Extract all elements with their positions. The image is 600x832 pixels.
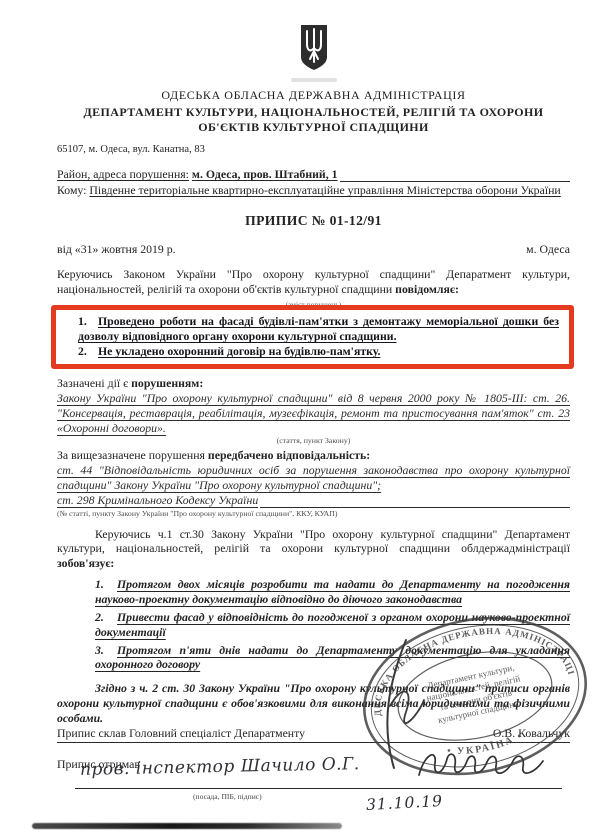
department-line2: ОБ'ЄКТІВ КУЛЬТУРНОЇ СПАДЩИНИ <box>57 120 570 135</box>
obligation-text: Керуючись ч.1 ст.30 Закону України "Про … <box>57 527 570 556</box>
liability-reference-2: ст. 298 Кримінального Кодексу України <box>57 493 258 508</box>
department-address: 65107, м. Одеса, вул. Канатна, 83 <box>57 143 570 156</box>
emblem <box>57 24 570 82</box>
document-page: ОДЕСЬКА ОБЛАСНА ДЕРЖАВНА АДМІНІСТРАЦІЯ Д… <box>0 0 600 832</box>
addressee-value: Південне територіальне квартирно-експлуа… <box>89 183 560 197</box>
liability-reference-2-line: ст. 298 Кримінального Кодексу України <box>57 493 570 508</box>
obligation-item-text: Протягом двох місяців розробити та надат… <box>95 577 570 606</box>
violation-item: Проведено роботи на фасаді будівлі-пам'я… <box>78 314 559 344</box>
obligation-bold: зобов'язує: <box>57 556 114 570</box>
intro-text: Керуючись Законом України "Про охорону к… <box>57 267 570 296</box>
violations-highlight-box: Проведено роботи на фасаді будівлі-пам'я… <box>51 305 574 369</box>
svg-text:• УКРАЇНА •: • УКРАЇНА • <box>445 730 527 763</box>
trident-icon <box>299 24 329 71</box>
violation-text: Не укладено охоронний договір на будівлю… <box>98 344 380 358</box>
document-date: від «31» жовтня 2019 р. <box>57 242 176 257</box>
violation-location-line: Район, адреса порушення: м. Одеса, пров.… <box>57 167 570 182</box>
date-place-line: від «31» жовтня 2019 р. м. Одеса <box>57 242 570 257</box>
document-place: м. Одеса <box>526 242 570 257</box>
noted-line: Зазначені дії є порушенням: <box>57 376 570 391</box>
drafted-label: Припис склав Головний спеціаліст Депарат… <box>57 726 305 741</box>
liability-line: За вищезазначене порушення передбачено в… <box>57 448 570 463</box>
document-title: ПРИПИС № 01-12/91 <box>57 212 570 229</box>
signature-caption: (посада, ПІБ, підпис) <box>193 792 262 801</box>
location-label: Район, адреса порушення: <box>57 167 189 182</box>
liability-bold: передбачено відповідальність: <box>208 448 370 462</box>
obligation-item: Протягом двох місяців розробити та надат… <box>95 577 570 607</box>
intro-bold: повідомляє: <box>395 282 459 296</box>
liability-caption: (№ статті, пункту Закону України "Про ох… <box>57 509 570 519</box>
ruled-line <box>260 494 570 508</box>
liability-text: За вищезазначене порушення <box>57 448 208 462</box>
law-caption: (стаття, пункт Закону) <box>57 436 570 446</box>
department-line1: ДЕПАРТАМЕНТ КУЛЬТУРИ, НАЦІОНАЛЬНОСТЕЙ, Р… <box>57 105 570 120</box>
addressee-line: Кому: Південне територіальне квартирно-е… <box>57 183 570 198</box>
department-name: ДЕПАРТАМЕНТ КУЛЬТУРИ, НАЦІОНАЛЬНОСТЕЙ, Р… <box>57 105 570 134</box>
noted-text: Зазначені дії є <box>57 376 131 390</box>
violations-list: Проведено роботи на фасаді будівлі-пам'я… <box>62 314 559 359</box>
obligation-paragraph: Керуючись ч.1 ст.30 Закону України "Про … <box>57 527 570 572</box>
noted-bold: порушенням: <box>131 376 203 390</box>
emblem-caption <box>291 78 337 82</box>
intro-paragraph: Керуючись Законом України "Про охорону к… <box>57 267 570 297</box>
location-value: м. Одеса, пров. Штабний, 1 <box>192 167 338 182</box>
authority-name: ОДЕСЬКА ОБЛАСНА ДЕРЖАВНА АДМІНІСТРАЦІЯ <box>57 88 570 103</box>
liability-reference-1: ст. 44 "Відповідальність юридичних осіб … <box>57 463 570 493</box>
addressee-label: Кому: <box>57 183 86 197</box>
law-reference: Закону України "Про охорону культурної с… <box>57 391 570 436</box>
stamp-ring-bottom-text: • УКРАЇНА • <box>445 730 527 763</box>
violation-item: Не укладено охоронний договір на будівлю… <box>78 344 559 359</box>
scan-artifact-smudge <box>32 823 342 829</box>
ruled-line <box>75 788 562 789</box>
ruled-line <box>340 168 570 182</box>
violation-text: Проведено роботи на фасаді будівлі-пам'я… <box>78 314 559 343</box>
